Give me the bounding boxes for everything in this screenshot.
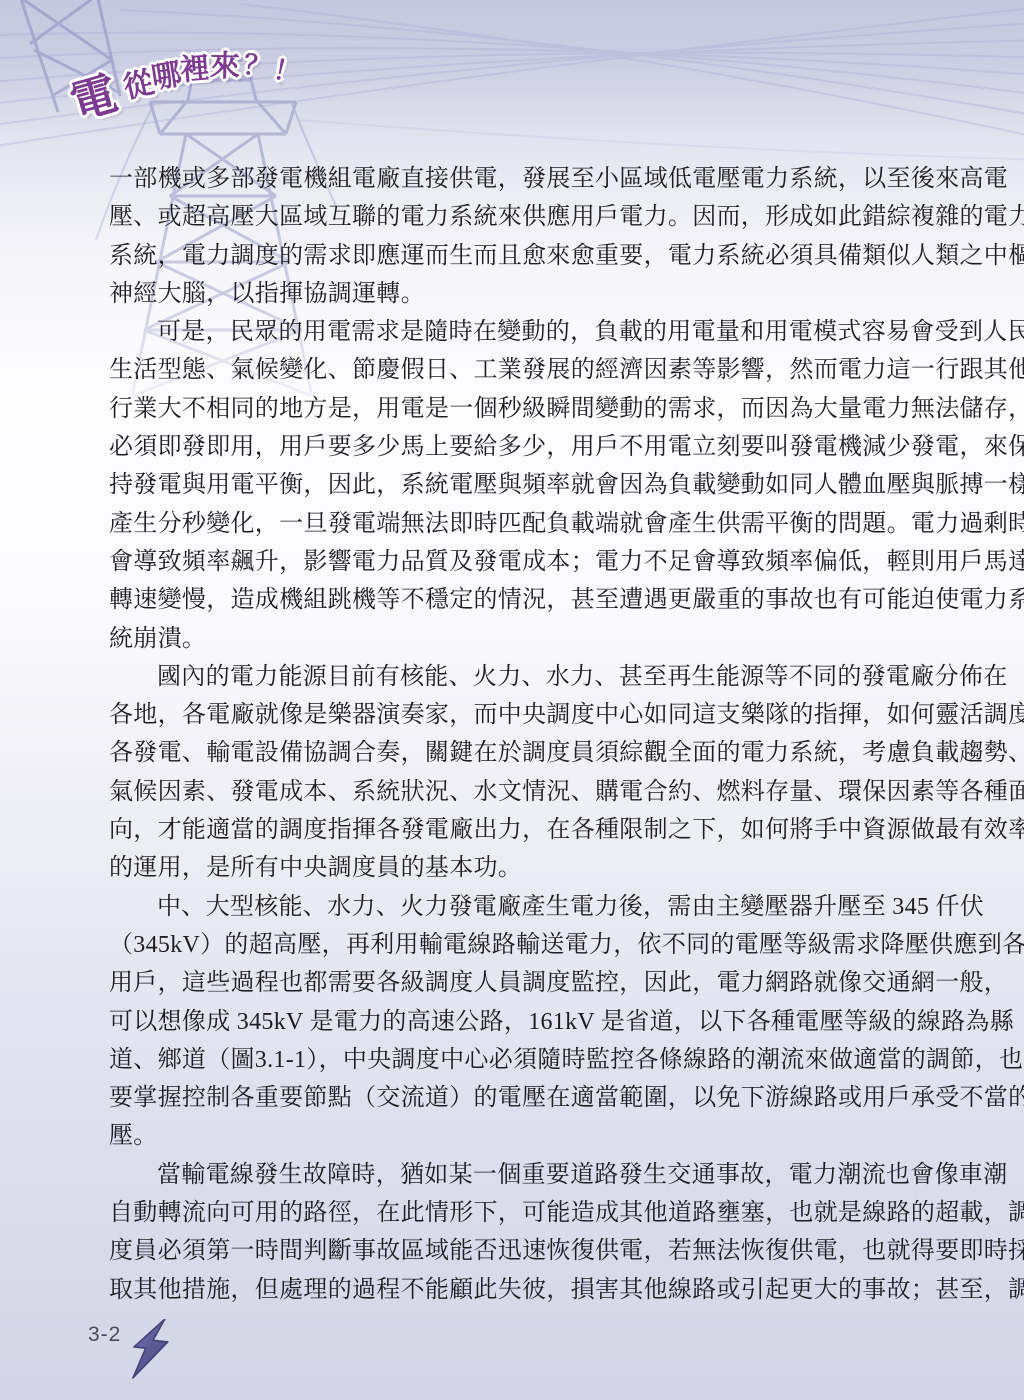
title-char: 電 <box>62 57 124 133</box>
text-line: （345kV）的超高壓，再利用輸電線路輸送電力，依不同的電壓等級需求降壓供應到各… <box>109 926 915 964</box>
lightning-bolt-icon <box>128 1316 178 1384</box>
text-line: 必須即發即用，用戶要多少馬上要給多少，用戶不用電立刻要叫發電機減少發電，來保 <box>109 428 915 466</box>
page-title: 電從哪裡來？！ <box>0 0 340 140</box>
page-number: 3-2 <box>88 1318 121 1352</box>
text-line: 可是，民眾的用電需求是隨時在變動的，負載的用電量和用電模式容易會受到人民 <box>109 313 915 351</box>
text-line: 行業大不相同的地方是，用電是一個秒級瞬間變動的需求，而因為大量電力無法儲存， <box>109 390 915 428</box>
text-line: 中、大型核能、水力、火力發電廠產生電力後，需由主變壓器升壓至 345 仟伏 <box>109 888 915 926</box>
title-char: ！ <box>270 48 305 92</box>
text-line: 轉速變慢，造成機組跳機等不穩定的情況，甚至遭遇更嚴重的事故也有可能迫使電力系 <box>109 581 915 619</box>
text-line: 生活型態、氣候變化、節慶假日、工業發展的經濟因素等影響，然而電力這一行跟其他 <box>109 351 915 389</box>
text-line: 神經大腦，以指揮協調運轉。 <box>109 275 915 313</box>
text-line: 國內的電力能源目前有核能、火力、水力、甚至再生能源等不同的發電廠分佈在 <box>109 658 915 696</box>
text-line: 統崩潰。 <box>109 620 915 658</box>
text-line: 度員必須第一時間判斷事故區域能否迅速恢復供電，若無法恢復供電，也就得要即時採 <box>109 1232 915 1270</box>
text-line: 氣候因素、發電成本、系統狀況、水文情況、購電合約、燃料存量、環保因素等各種面 <box>109 773 915 811</box>
title-char: ？ <box>242 43 274 85</box>
text-line: 的運用，是所有中央調度員的基本功。 <box>109 849 915 887</box>
text-line: 可以想像成 345kV 是電力的高速公路，161kV 是省道，以下各種電壓等級的… <box>109 1003 915 1041</box>
text-line: 各發電、輸電設備協調合奏，關鍵在於調度員須綜觀全面的電力系統，考慮負載趨勢、 <box>109 734 915 772</box>
title-char: 裡 <box>178 43 212 89</box>
text-line: 各地，各電廠就像是樂器演奏家，而中央調度中心如同這支樂隊的指揮，如何靈活調度 <box>109 696 915 734</box>
text-line: 產生分秒變化，一旦發電端無法即時匹配負載端就會產生供需平衡的問題。電力過剩時 <box>109 505 915 543</box>
page: { "page": { "header": { "title_text": "電… <box>0 0 1024 1400</box>
text-line: 道、鄉道（圖3.1-1），中央調度中心必須隨時監控各條線路的潮流來做適當的調節，… <box>109 1041 915 1079</box>
text-line: 壓、或超高壓大區域互聯的電力系統來供應用戶電力。因而，形成如此錯綜複雜的電力 <box>109 198 915 236</box>
text-line: 取其他措施，但處理的過程不能顧此失彼，損害其他線路或引起更大的事故；甚至，調 <box>109 1271 915 1309</box>
text-line: 向，才能適當的調度指揮各發電廠出力，在各種限制之下，如何將手中資源做最有效率 <box>109 811 915 849</box>
text-line: 當輸電線發生故障時，猶如某一個重要道路發生交通事故，電力潮流也會像車潮 <box>109 1156 915 1194</box>
text-line: 一部機或多部發電機組電廠直接供電，發展至小區域低電壓電力系統，以至後來高電 <box>109 160 915 198</box>
body-text: 一部機或多部發電機組電廠直接供電，發展至小區域低電壓電力系統，以至後來高電壓、或… <box>109 160 915 1309</box>
title-char: 來 <box>210 41 241 86</box>
page-footer: 3-2 <box>88 1318 175 1388</box>
text-line: 要掌握控制各重要節點（交流道）的電壓在適當範圍，以免下游線路或用戶承受不當的電 <box>109 1079 915 1117</box>
text-line: 會導致頻率飆升，影響電力品質及發電成本；電力不足會導致頻率偏低，輕則用戶馬達 <box>109 543 915 581</box>
text-line: 用戶，這些過程也都需要各級調度人員調度監控，因此，電力網路就像交通網一般， <box>109 964 915 1002</box>
text-line: 持發電與用電平衡，因此，系統電壓與頻率就會因為負載變動如同人體血壓與脈搏一樣 <box>109 466 915 504</box>
text-line: 壓。 <box>109 1117 915 1155</box>
text-line: 系統，電力調度的需求即應運而生而且愈來愈重要，電力系統必須具備類似人類之中樞 <box>109 237 915 275</box>
text-line: 自動轉流向可用的路徑，在此情形下，可能造成其他道路壅塞，也就是線路的超載，調 <box>109 1194 915 1232</box>
